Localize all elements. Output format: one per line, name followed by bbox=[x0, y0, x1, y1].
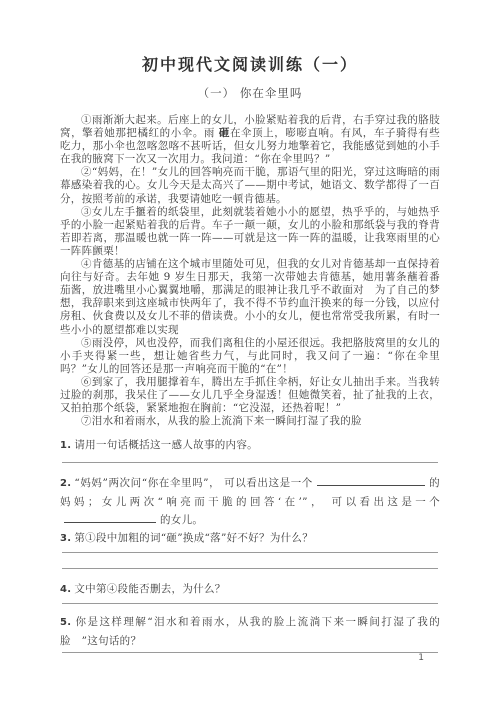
answer-line bbox=[62, 552, 438, 553]
passage-paragraph-1: ①雨渐渐大起来。后座上的女儿，小脸紧贴着我的后背，右手穿过我的胳肢窝，擎着她那把… bbox=[60, 114, 440, 166]
page-number: 1 bbox=[418, 653, 424, 663]
question-5-text: 你是这样理解“泪水和着雨水，从我的脸上流淌下来一瞬间打湿了我的脸 ”这句话的？ bbox=[60, 616, 440, 647]
question-5: 5.你是这样理解“泪水和着雨水，从我的脸上流淌下来一瞬间打湿了我的脸 ”这句话的… bbox=[60, 613, 440, 650]
passage-paragraph-5: ⑤雨没停，风也没停，而我们离租住的小屋还很远。我把胳肢窝里的女儿的小手夹得紧一些… bbox=[60, 337, 440, 376]
answer-blank bbox=[317, 475, 425, 486]
answer-line bbox=[62, 462, 438, 463]
question-2-text-part1: “妈妈”两次问“你在伞里吗”， 可以看出这是一个 bbox=[74, 477, 313, 489]
passage-paragraph-2: ②“妈妈，在！”女儿的回答响亮而干脆，那语气里的阳光，穿过这晦暗的雨幕感染着我的… bbox=[60, 166, 440, 205]
answer-line bbox=[62, 652, 438, 653]
question-3: 3.第①段中加粗的词“砸”换成“落”好不好？为什么？ bbox=[60, 529, 440, 548]
passage-paragraph-7: ⑦泪水和着雨水，从我的脸上流淌下来一瞬间打湿了我的脸 bbox=[60, 415, 440, 428]
question-1-text: 请用一句话概括这一感人故事的内容。 bbox=[74, 439, 258, 451]
question-2: 2.“妈妈”两次问“你在伞里吗”， 可以看出这是一个的妈妈；女儿两次“响亮而干脆… bbox=[60, 474, 440, 529]
question-1: 1.请用一句话概括这一感人故事的内容。 bbox=[60, 436, 440, 455]
passage-paragraph-4: ④肯德基的店铺在这个城市里随处可见，但我的女儿对肯德基却一直保持着向往与好奇。去… bbox=[60, 258, 440, 337]
question-3-number: 3. bbox=[60, 533, 71, 544]
page-title: 初中现代文阅读训练（一） bbox=[0, 0, 500, 75]
question-4-number: 4. bbox=[60, 584, 71, 595]
answer-line bbox=[62, 603, 438, 604]
question-2-text-part3: 的女儿。 bbox=[160, 514, 203, 526]
section-subtitle: （一） 你在伞里吗 bbox=[0, 85, 500, 101]
question-3-text: 第①段中加粗的词“砸”换成“落”好不好？为什么？ bbox=[74, 532, 313, 544]
question-5-number: 5. bbox=[60, 617, 71, 628]
question-1-number: 1. bbox=[60, 440, 71, 451]
answer-line bbox=[62, 568, 438, 569]
worksheet-page: 初中现代文阅读训练（一） （一） 你在伞里吗 ①雨渐渐大起来。后座上的女儿，小脸… bbox=[0, 0, 500, 708]
question-4: 4.文中第④段能否删去，为什么？ bbox=[60, 580, 440, 599]
questions-section: 1.请用一句话概括这一感人故事的内容。 2.“妈妈”两次问“你在伞里吗”， 可以… bbox=[60, 436, 440, 653]
passage-paragraph-6: ⑥到家了，我用腿撑着车，腾出左手抓住伞柄，好让女儿抽出手来。当我转过脸的刹那，我… bbox=[60, 376, 440, 415]
question-2-number: 2. bbox=[60, 478, 71, 489]
bold-word-za: 砸 bbox=[219, 127, 230, 139]
answer-blank bbox=[64, 512, 156, 523]
passage: ①雨渐渐大起来。后座上的女儿，小脸紧贴着我的后背，右手穿过我的胳肢窝，擎着她那把… bbox=[60, 114, 440, 428]
question-4-text: 文中第④段能否删去，为什么？ bbox=[74, 583, 225, 595]
passage-paragraph-3: ③女儿左手擓着的纸袋里，此刻就装着她小小的愿望，热乎乎的，与她热乎乎的小脸一起紧… bbox=[60, 206, 440, 258]
